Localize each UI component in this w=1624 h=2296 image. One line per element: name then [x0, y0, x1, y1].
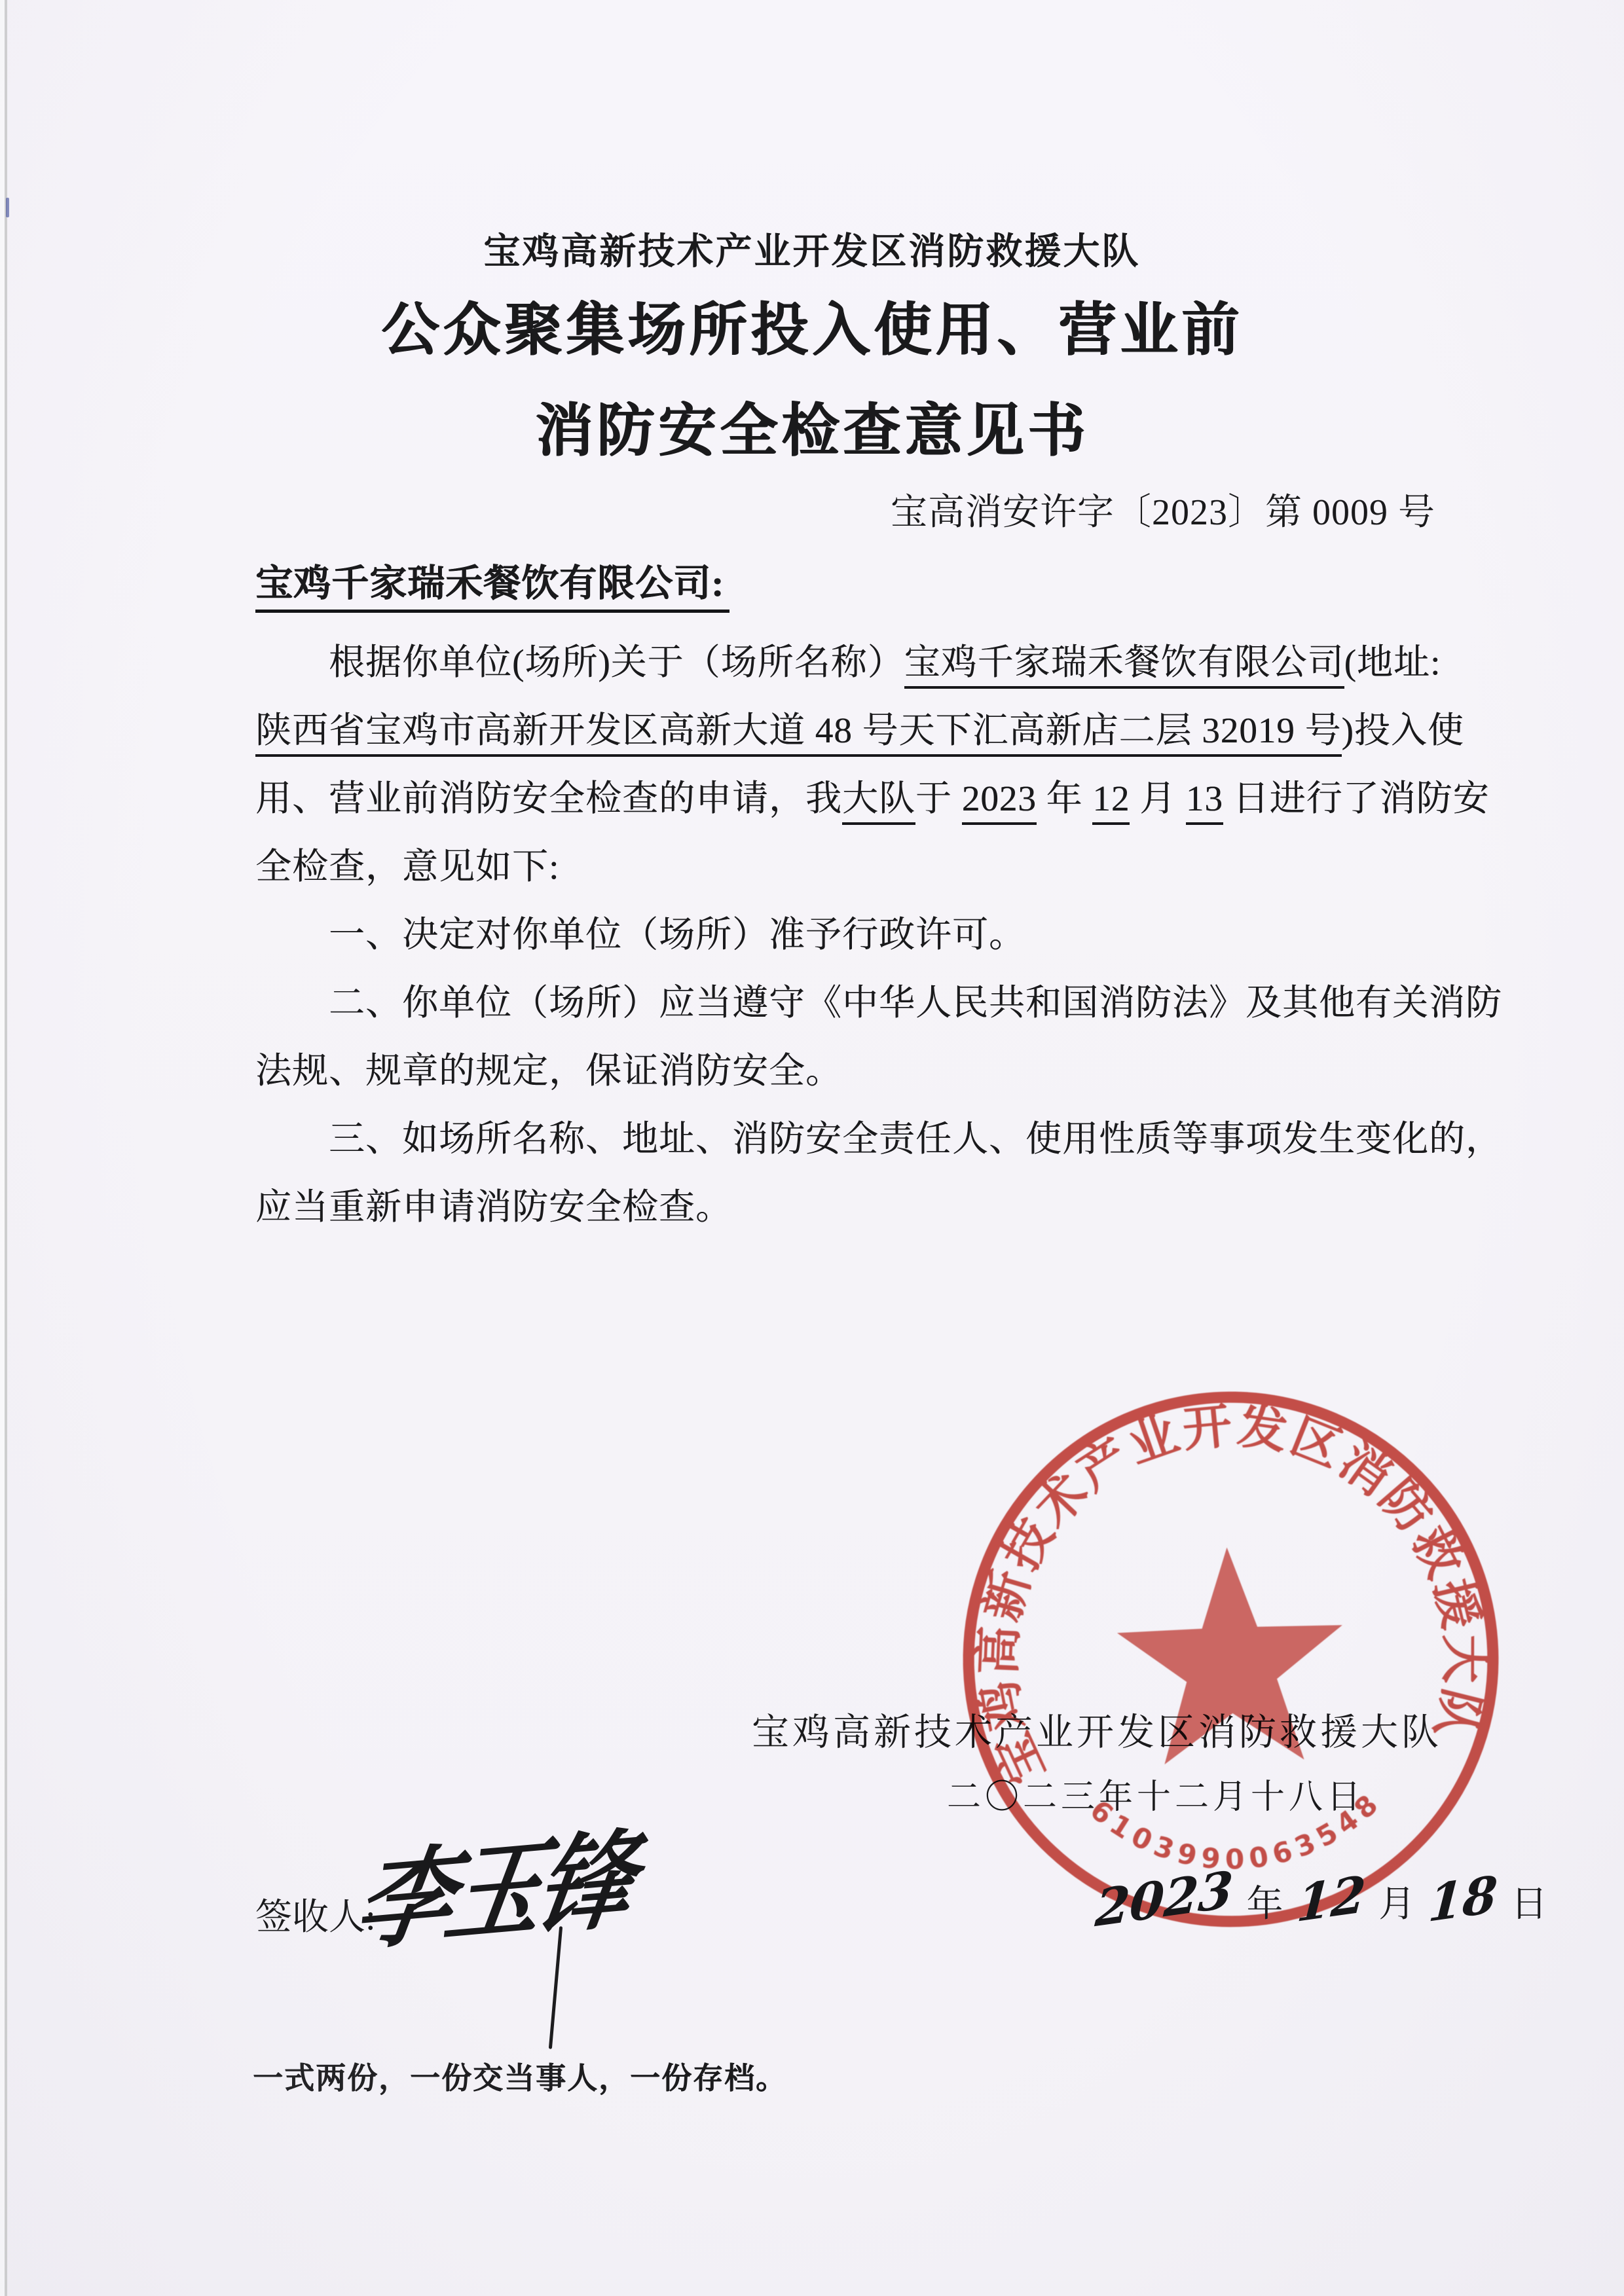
copies-note: 一式两份，一份交当事人，一份存档。	[253, 2054, 787, 2098]
addressee-name: 宝鸡千家瑞禾餐饮有限公司:	[255, 563, 729, 613]
receipt-date-line: 2023年12月18日	[1095, 1870, 1551, 1928]
day-unit-label: 日	[1511, 1875, 1547, 1927]
handwritten-day: 18	[1427, 1865, 1500, 1933]
opinion-item-2-line1: 二、你单位（场所）应当遵守《中华人民共和国消防法》及其他有关消防	[255, 981, 1502, 1026]
underlined-inspection-year: 2023	[962, 778, 1037, 825]
text-segment: 用、营业前消防安全检查的申请，我	[255, 778, 842, 818]
month-unit-label: 月	[1378, 1875, 1415, 1927]
addressee-line: 宝鸡千家瑞禾餐饮有限公司:	[255, 560, 729, 607]
document-title-line1: 公众聚集场所投入使用、营业前	[0, 284, 1624, 367]
text-segment: (地址:	[1344, 642, 1441, 682]
text-segment: 年	[1037, 778, 1093, 818]
document-page: 宝鸡高新技术产业开发区消防救援大队 公众聚集场所投入使用、营业前 消防安全检查意…	[0, 0, 1624, 2296]
body-line-2: 陕西省宝鸡市高新开发区高新大道 48 号天下汇高新店二层 32019 号)投入使	[255, 708, 1464, 754]
svg-text:6103990063548: 6103990063548	[1083, 1784, 1390, 1881]
text-segment: 日进行了消防安	[1223, 778, 1490, 818]
opinion-item-3-line2: 应当重新申请消防安全检查。	[255, 1185, 732, 1230]
document-title-line2: 消防安全检查意见书	[0, 385, 1624, 467]
text-segment: 月	[1130, 778, 1186, 818]
body-line-1: 根据你单位(场所)关于（场所名称）宝鸡千家瑞禾餐饮有限公司(地址:	[255, 640, 1441, 685]
pen-mark	[6, 198, 9, 217]
seal-star-icon	[1115, 1544, 1347, 1766]
document-number: 宝高消安许字〔2023〕第 0009 号	[891, 483, 1435, 536]
underlined-unit: 大队	[842, 778, 915, 825]
text-segment: 根据你单位(场所)关于（场所名称）	[329, 642, 904, 682]
header-organization: 宝鸡高新技术产业开发区消防救援大队	[0, 223, 1624, 275]
opinion-item-2-line2: 法规、规章的规定，保证消防安全。	[255, 1049, 842, 1094]
year-unit-label: 年	[1247, 1875, 1283, 1927]
handwritten-month: 12	[1295, 1865, 1367, 1933]
text-segment: )投入使	[1342, 710, 1464, 750]
underlined-inspection-day: 13	[1186, 778, 1223, 825]
text-segment: 于	[915, 778, 962, 818]
underlined-company-name: 宝鸡千家瑞禾餐饮有限公司	[904, 642, 1344, 689]
underlined-address: 陕西省宝鸡市高新开发区高新大道 48 号天下汇高新店二层 32019 号	[255, 710, 1342, 757]
receiver-handwritten-signature: 李玉锋	[346, 1795, 640, 1971]
opinion-item-1: 一、决定对你单位（场所）准予行政许可。	[255, 913, 1025, 958]
body-line-4: 全检查，意见如下:	[255, 845, 559, 890]
handwritten-year: 2023	[1094, 1859, 1235, 1938]
opinion-item-3-line1: 三、如场所名称、地址、消防安全责任人、使用性质等事项发生变化的，	[255, 1117, 1502, 1162]
underlined-inspection-month: 12	[1092, 778, 1130, 825]
seal-code-number: 6103990063548	[1083, 1784, 1390, 1881]
body-line-3: 用、营业前消防安全检查的申请，我大队于 2023 年 12 月 13 日进行了消…	[255, 776, 1490, 822]
